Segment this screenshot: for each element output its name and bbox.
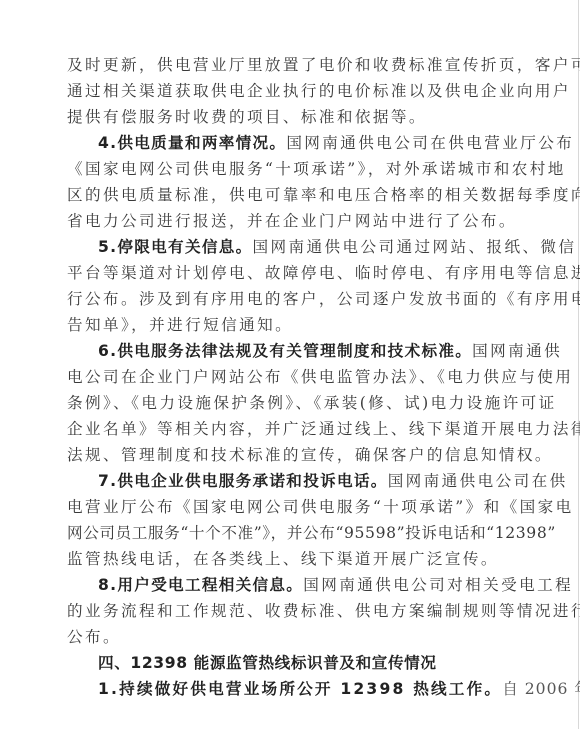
item-heading: 6.供电服务法律法规及有关管理制度和技术标准。	[98, 342, 472, 360]
text-line: 电公司在企业门户网站公布《供电监管办法》、《电力供应与使用	[67, 364, 522, 390]
paragraph-intro-continuation: 及时更新，供电营业厅里放置了电价和收费标准宣传折页，客户可 通过相关渠道获取供电…	[67, 52, 522, 130]
text-line: 企业名单》等相关内容，并广泛通过线上、线下渠道开展电力法律	[67, 416, 522, 442]
text-line: 告知单》，并进行短信通知。	[67, 312, 522, 338]
section-heading: 四、12398 能源监管热线标识普及和宣传情况	[67, 650, 522, 676]
paragraph-item-7: 7.供电企业供电服务承诺和投诉电话。国网南通供电公司在供 电营业厅公布《国家电网…	[67, 468, 522, 572]
text-line: 法规、管理制度和技术标准的宣传，确保客户的信息知情权。	[67, 442, 522, 468]
item-text: 国网南通供电公司通过网站、报纸、微信	[253, 238, 577, 256]
text-line: 公布。	[67, 624, 522, 650]
item-heading: 4.供电质量和两率情况。	[98, 134, 286, 152]
paragraph-item-5: 5.停限电有关信息。国网南通供电公司通过网站、报纸、微信 平台等渠道对计划停电、…	[67, 234, 522, 338]
text-line: 4.供电质量和两率情况。国网南通供电公司在供电营业厅公布	[67, 130, 522, 156]
item-text: 国网南通供电公司对相关受电工程	[303, 576, 573, 594]
text-line: 6.供电服务法律法规及有关管理制度和技术标准。国网南通供	[67, 338, 522, 364]
paragraph-item-8: 8.用户受电工程相关信息。国网南通供电公司对相关受电工程 的业务流程和工作规范、…	[67, 572, 522, 650]
text-line: 行公布。涉及到有序用电的客户，公司逐户发放书面的《有序用电	[67, 286, 522, 312]
text-line: 7.供电企业供电服务承诺和投诉电话。国网南通供电公司在供	[67, 468, 522, 494]
text-line: 电营业厅公布《国家电网公司供电服务“十项承诺”》和《国家电	[67, 494, 522, 520]
item-heading: 5.停限电有关信息。	[98, 238, 253, 256]
page-number: 5	[0, 681, 580, 697]
text-line: 《国家电网公司供电服务“十项承诺”》，对外承诺城市和农村地	[67, 156, 522, 182]
text-line: 的业务流程和工作规范、收费标准、供电方案编制规则等情况进行	[67, 598, 522, 624]
item-heading: 7.供电企业供电服务承诺和投诉电话。	[98, 472, 388, 490]
text-line: 8.用户受电工程相关信息。国网南通供电公司对相关受电工程	[67, 572, 522, 598]
paragraph-item-4: 4.供电质量和两率情况。国网南通供电公司在供电营业厅公布 《国家电网公司供电服务…	[67, 130, 522, 234]
text-line: 平台等渠道对计划停电、故障停电、临时停电、有序用电等信息进	[67, 260, 522, 286]
text-line: 5.停限电有关信息。国网南通供电公司通过网站、报纸、微信	[67, 234, 522, 260]
text-line: 省电力公司进行报送，并在企业门户网站中进行了公布。	[67, 208, 522, 234]
paragraph-item-6: 6.供电服务法律法规及有关管理制度和技术标准。国网南通供 电公司在企业门户网站公…	[67, 338, 522, 468]
item-text: 国网南通供电公司在供电营业厅公布	[286, 134, 574, 152]
text-line: 通过相关渠道获取供电企业执行的电价标准以及供电企业向用户	[67, 78, 522, 104]
text-line: 提供有偿服务时收费的项目、标准和依据等。	[67, 104, 522, 130]
item-text: 国网南通供电公司在供	[388, 472, 568, 490]
text-line: 区的供电质量标准，供电可靠率和电压合格率的相关数据每季度向	[67, 182, 522, 208]
text-line: 及时更新，供电营业厅里放置了电价和收费标准宣传折页，客户可	[67, 52, 522, 78]
text-line: 条例》、《电力设施保护条例》、《承装(修、试)电力设施许可证	[67, 390, 522, 416]
text-line: 网公司员工服务“十个不准”》，并公布“95598”投诉电话和“12398”	[67, 520, 522, 546]
document-body: 及时更新，供电营业厅里放置了电价和收费标准宣传折页，客户可 通过相关渠道获取供电…	[67, 52, 522, 702]
item-heading: 8.用户受电工程相关信息。	[98, 576, 303, 594]
item-text: 国网南通供	[472, 342, 562, 360]
text-line: 监管热线电话，在各类线上、线下渠道开展广泛宣传。	[67, 546, 522, 572]
